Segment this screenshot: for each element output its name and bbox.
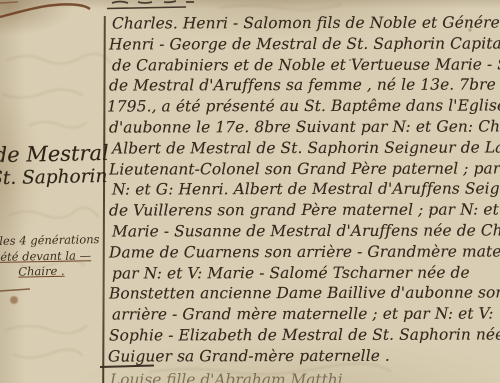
margin-column: de Mestral St. Saphorin : les 4 générati…: [0, 0, 104, 383]
manuscript-page: de Mestral St. Saphorin : les 4 générati…: [0, 0, 500, 383]
body-line: Marie - Susanne de Mestral d'Aruffens né…: [107, 220, 500, 242]
body-line: arrière - Grand mère maternelle ; et par…: [107, 304, 500, 326]
margin-family-name: de Mestral St. Saphorin: [0, 141, 109, 191]
body-line: Guiguer sa Grand-mère paternelle .: [107, 345, 500, 367]
margin-note: : les 4 générations t été devant la — Ch…: [0, 232, 110, 281]
body-line: par N: et V: Marie - Salomé Tscharner né…: [107, 262, 500, 284]
body-line: Albert de Mestral de St. Saphorin Seigne…: [107, 137, 500, 159]
next-entry-partial-line: Louise fille d'Abraham Matthi: [110, 371, 500, 383]
body-line: Bonstetten ancienne Dame Baillive d'aubo…: [107, 283, 500, 305]
family-name-line2: St. Saphorin: [0, 165, 109, 191]
family-name-line1: de Mestral: [0, 141, 109, 167]
body-line: de Mestral d'Aruffens sa femme , né le 1…: [107, 75, 500, 97]
entry-text: Charles. Henri - Salomon fils de Noble e…: [107, 13, 500, 383]
body-line: Sophie - Elizabeth de Mestral de St. Sap…: [107, 324, 500, 346]
previous-entry-remnant: [107, 1, 194, 9]
body-line: Henri - George de Mestral de St. Saphori…: [107, 33, 500, 55]
body-line: Dame de Cuarnens son arrière - Grandmère…: [107, 241, 500, 263]
previous-entry-underline: [107, 7, 186, 9]
body-line: N: et G: Henri. Albert de Mestral d'Aruf…: [107, 179, 500, 201]
margin-note-line3: Chaire .: [18, 263, 110, 280]
body-line: Charles. Henri - Salomon fils de Noble e…: [107, 13, 500, 34]
body-line: d'aubonne le 17e. 8bre Suivant par N: et…: [107, 116, 500, 138]
body-line: 1795., a été présenté au St. Baptême dan…: [107, 96, 500, 118]
body-line: de Vuillerens son grand Père maternel ; …: [107, 200, 500, 222]
margin-note-line1: : les 4 générations: [0, 232, 100, 248]
body-line: Lieutenant-Colonel son Grand Père patern…: [107, 158, 500, 180]
body-line: de Carabiniers et de Noble et Vertueuse …: [107, 54, 500, 76]
margin-note-line2: t été devant la —: [0, 248, 91, 264]
